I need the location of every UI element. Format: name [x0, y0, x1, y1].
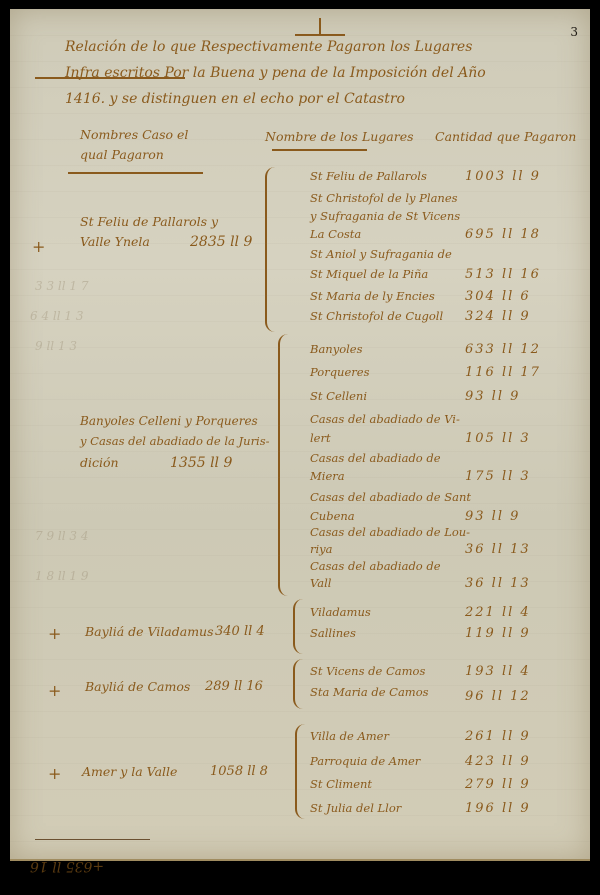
- group-3-name: Bayliá de Viladamus: [85, 624, 214, 639]
- group-1-name-2: Valle Ynela: [80, 234, 150, 249]
- entry-amount: 96 ll 12: [465, 689, 531, 704]
- bleed-through-text: 9 ll 1 3: [35, 339, 77, 353]
- brace: [265, 167, 275, 332]
- group-1-total: 2835 ll 9: [190, 234, 252, 250]
- group-2-total: 1355 ll 9: [170, 455, 232, 471]
- group-2-name-2: y Casas del abadiado de la Juris-: [80, 434, 270, 448]
- title-line-1: Relación de lo que Respectivamente Pagar…: [65, 39, 472, 55]
- group-5-name: Amer y la Valle: [82, 764, 177, 779]
- plus-mark: +: [48, 764, 61, 783]
- entry-amount: 116 ll 17: [465, 365, 541, 380]
- entry-amount: 119 ll 9: [465, 626, 531, 641]
- entry-place: Casas del abadiado de: [310, 559, 441, 573]
- group-5-total: 1058 ll 8: [210, 764, 268, 779]
- entry-place: St Climent: [310, 777, 372, 791]
- group-4-total: 289 ll 16: [205, 679, 263, 694]
- entry-place: St Christofol de ly Planes: [310, 191, 458, 205]
- entry-place: Sallines: [310, 626, 356, 640]
- entry-place: lert: [310, 431, 331, 445]
- entry-amount: 105 ll 3: [465, 431, 531, 446]
- title-line-3: 1416. y se distinguen en el echo por el …: [65, 91, 405, 107]
- title-underline: [35, 77, 185, 79]
- group-1-name-1: St Feliu de Pallarols y: [80, 214, 218, 229]
- group-2-name-3: dición: [80, 455, 119, 470]
- brace: [293, 659, 303, 709]
- entry-place: Villa de Amer: [310, 729, 389, 743]
- entry-amount: 196 ll 9: [465, 801, 531, 816]
- header-left-1: Nombres Caso el: [80, 127, 188, 142]
- entry-place: Viladamus: [310, 605, 371, 619]
- entry-place: Miera: [310, 469, 345, 483]
- entry-amount: 423 ll 9: [465, 754, 531, 769]
- entry-place: St Julia del Llor: [310, 801, 401, 815]
- entry-place: St Maria de ly Encies: [310, 289, 435, 303]
- footer-total-inverted: +635 ll 16: [30, 858, 104, 874]
- entry-place: y Sufragania de St Vicens: [310, 209, 460, 223]
- title-line-2: Infra escritos Por la Buena y pena de la…: [65, 65, 486, 81]
- entry-amount: 695 ll 18: [465, 227, 541, 242]
- entry-amount: 279 ll 9: [465, 777, 531, 792]
- brace: [278, 334, 288, 596]
- header-left-underline: [68, 172, 203, 174]
- entry-amount: 93 ll 9: [465, 389, 520, 404]
- plus-mark: +: [48, 681, 61, 700]
- entry-amount: 324 ll 9: [465, 309, 531, 324]
- page-number: 3: [570, 25, 578, 39]
- group-3-total: 340 ll 4: [215, 624, 265, 639]
- entry-place: St Miquel de la Piña: [310, 267, 428, 281]
- entry-place: Porqueres: [310, 365, 369, 379]
- entry-amount: 93 ll 9: [465, 509, 520, 524]
- entry-place: Casas del abadiado de Lou-: [310, 525, 470, 539]
- brace: [295, 724, 305, 819]
- entry-place: Casas del abadiado de Vi-: [310, 412, 460, 426]
- group-4-name: Bayliá de Camos: [85, 679, 190, 694]
- bleed-through-text: 1 8 ll 1 9: [35, 569, 88, 583]
- entry-place: La Costa: [310, 227, 361, 241]
- entry-place: Sta Maria de Camos: [310, 685, 429, 699]
- bleed-through-text: 7 9 ll 3 4: [35, 529, 88, 543]
- entry-place: Parroquia de Amer: [310, 754, 420, 768]
- header-left-2: qual Pagaron: [80, 147, 164, 162]
- entry-place: St Celleni: [310, 389, 367, 403]
- entry-place: Banyoles: [310, 342, 363, 356]
- entry-amount: 261 ll 9: [465, 729, 531, 744]
- entry-amount: 513 ll 16: [465, 267, 541, 282]
- entry-amount: 175 ll 3: [465, 469, 531, 484]
- bleed-through-text: 3 3 ll 1 7: [35, 279, 88, 293]
- top-mark: [295, 24, 345, 36]
- entry-place: St Vicens de Camos: [310, 664, 425, 678]
- entry-place: St Christofol de Cugoll: [310, 309, 443, 323]
- plus-mark: +: [32, 237, 45, 256]
- entry-place: Vall: [310, 576, 331, 590]
- entry-amount: 1003 ll 9: [465, 169, 541, 184]
- brace: [293, 599, 303, 654]
- entry-amount: 36 ll 13: [465, 542, 531, 557]
- manuscript-page: 3 Relación de lo que Respectivamente Pag…: [10, 9, 590, 861]
- entry-place: Cubena: [310, 509, 355, 523]
- group-2-name-1: Banyoles Celleni y Porqueres: [80, 414, 258, 428]
- entry-amount: 36 ll 13: [465, 576, 531, 591]
- entry-amount: 221 ll 4: [465, 605, 531, 620]
- footer-rule: [35, 839, 150, 840]
- entry-amount: 304 ll 6: [465, 289, 531, 304]
- entry-amount: 633 ll 12: [465, 342, 541, 357]
- entry-place: Casas del abadiado de Sant: [310, 490, 471, 504]
- entry-place: riya: [310, 542, 333, 556]
- entry-place: St Feliu de Pallarols: [310, 169, 427, 183]
- entry-place: St Aniol y Sufragania de: [310, 247, 452, 261]
- header-middle: Nombre de los Lugares: [265, 129, 414, 144]
- header-right: Cantidad que Pagaron: [435, 129, 576, 144]
- entry-amount: 193 ll 4: [465, 664, 531, 679]
- header-middle-underline: [272, 149, 367, 151]
- plus-mark: +: [48, 624, 61, 643]
- entry-place: Casas del abadiado de: [310, 451, 441, 465]
- bleed-through-text: 6 4 ll 1 3: [30, 309, 83, 323]
